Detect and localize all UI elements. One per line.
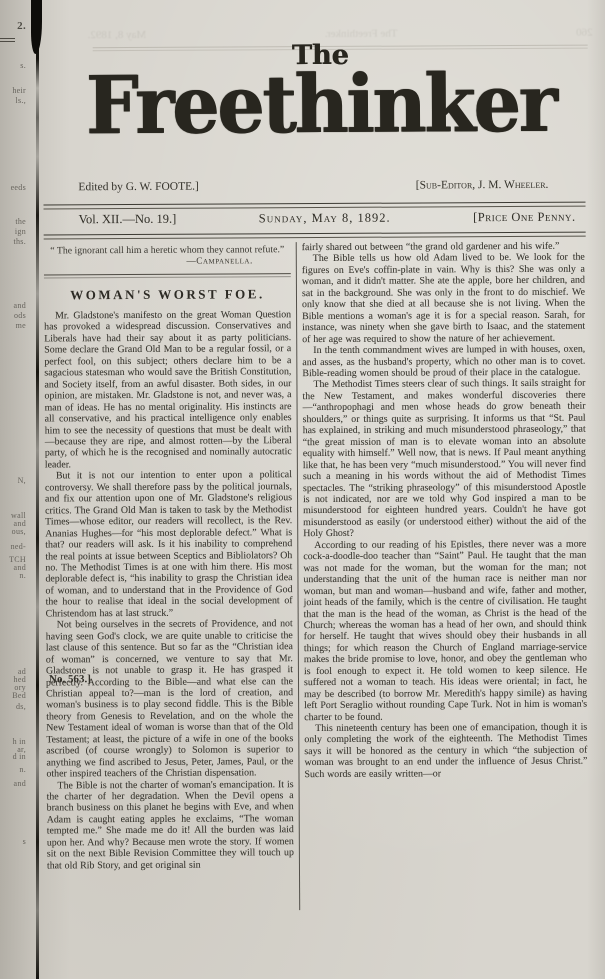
ghost-page-number: 260 <box>576 27 593 39</box>
article-paragraph: But it is not our intention to enter upo… <box>45 470 293 620</box>
article-paragraph: The Bible is not the charter of woman's … <box>47 779 294 872</box>
edge-text-fragment: ods <box>14 312 26 320</box>
edge-text-fragment: eeds <box>11 184 26 192</box>
edge-text-fragment: s. <box>20 62 26 70</box>
ghost-running-title: The Freethinker. <box>325 28 398 40</box>
issue-date: Sunday, May 8, 1892. <box>259 211 391 227</box>
facing-page-edge: 2.s.heirls.,eedstheignths.andodsmeN,wall… <box>0 0 28 979</box>
edge-rule <box>0 38 15 42</box>
article-title: WOMAN'S WORST FOE. <box>44 286 291 303</box>
edge-text-fragment: n. <box>19 766 26 774</box>
sub-editor-right: [Sub-Editor, J. M. Wheeler. <box>416 179 549 192</box>
edge-text-fragment: ds, <box>16 703 26 711</box>
article-paragraph: The Bible tells us how old Adam lived to… <box>302 252 585 345</box>
double-rule-bottom <box>44 232 586 240</box>
edge-text-fragment: s <box>23 838 26 846</box>
article-paragraph: Not being ourselves in the secrets of Pr… <box>46 618 294 780</box>
article-paragraph: In the tenth commandment wives are lumpe… <box>302 344 585 380</box>
volume-number: Vol. XII.—No. 19.] <box>79 212 177 228</box>
price: [Price One Penny. <box>473 210 576 226</box>
motto-attribution: —Campanella. <box>44 256 291 267</box>
edge-text-fragment: heir <box>12 87 26 95</box>
edge-text-fragment: n. <box>19 572 26 580</box>
edge-text-fragment: ned- <box>11 543 26 551</box>
edge-text-fragment: and <box>14 780 26 788</box>
issue-footline: No. 563.] <box>49 673 91 685</box>
edge-text-fragment: ign <box>15 228 26 236</box>
edge-text-fragment: the <box>15 218 26 226</box>
masthead-title: Freethinker <box>38 57 603 153</box>
editor-left: Edited by G. W. FOOTE.] <box>78 181 198 194</box>
motto-quote: “ The ignorant call him a heretic whom t… <box>44 244 291 256</box>
edge-text-fragment: and <box>14 302 26 310</box>
article-paragraph: The Methodist Times steers clear of such… <box>302 378 586 540</box>
newspaper-page: 260 The Freethinker. May 8, 1892. The Fr… <box>37 0 605 979</box>
left-column: “ The ignorant call him a heretic whom t… <box>44 242 295 915</box>
edge-text-fragment: ous, <box>12 528 26 536</box>
right-column: fairly shared out between “the grand old… <box>302 241 588 910</box>
editor-line: Edited by G. W. FOOTE.] [Sub-Editor, J. … <box>78 179 548 193</box>
column-divider-rule <box>296 242 300 910</box>
double-rule-top <box>44 202 586 210</box>
edge-text-fragment: 2. <box>17 22 26 30</box>
article-paragraph: This nineteenth century has been one of … <box>304 722 587 781</box>
edge-text-fragment: d in <box>13 753 26 761</box>
dateline: Vol. XII.—No. 19.] Sunday, May 8, 1892. … <box>79 210 576 228</box>
left-column-text: Mr. Gladstone's manifesto on the great W… <box>44 309 294 871</box>
edge-text-fragment: ths. <box>13 238 26 246</box>
article-paragraph: Mr. Gladstone's manifesto on the great W… <box>44 309 292 471</box>
edge-text-fragment: N, <box>18 477 26 485</box>
ghost-date: May 8, 1892. <box>88 29 147 41</box>
edge-text-fragment: me <box>16 322 26 330</box>
edge-text-fragment: Bed <box>12 692 26 700</box>
article-paragraph: According to our reading of his Epistles… <box>303 538 587 723</box>
motto-rule <box>44 273 291 278</box>
edge-text-fragment: ls., <box>15 97 26 105</box>
